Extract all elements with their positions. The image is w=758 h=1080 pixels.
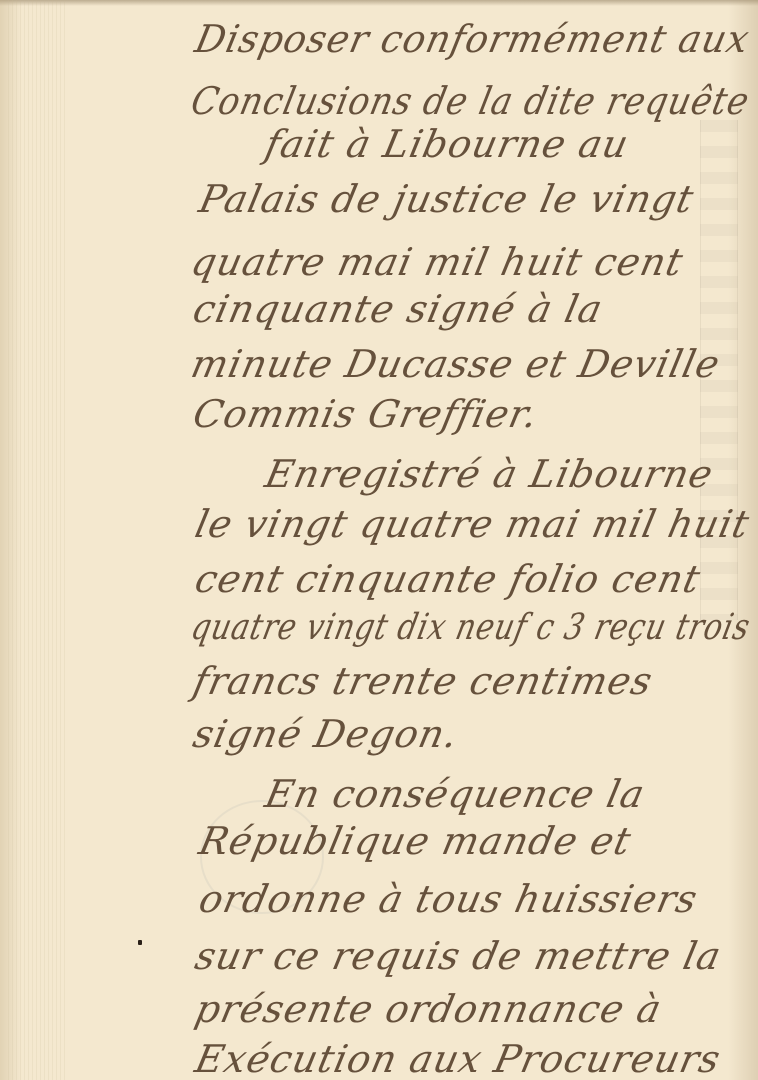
text-line: Enregistré à Libourne [262, 455, 717, 493]
text-line: fait à Libourne au [262, 125, 632, 163]
text-line: minute Ducasse et Deville [188, 345, 724, 383]
ink-blot [138, 940, 142, 945]
text-line: Palais de justice le vingt [196, 180, 697, 218]
text-line: sur ce requis de mettre la [192, 937, 725, 975]
text-line: quatre mai mil huit cent [188, 243, 687, 281]
text-line: Commis Greffier. [190, 395, 542, 433]
text-line: En conséquence la [262, 775, 648, 813]
text-line: Conclusions de la dite requête [188, 82, 753, 120]
text-line: ordonne à tous huissiers [196, 880, 701, 918]
text-line: République mande et [196, 822, 635, 860]
manuscript-page: Disposer conformément aux Conclusions de… [0, 0, 758, 1080]
text-line: quatre vingt dix neuf c 3 reçu trois [188, 610, 753, 646]
text-line: cent cinquante folio cent [192, 560, 704, 598]
text-line: le vingt quatre mai mil huit [192, 505, 753, 543]
text-line: Exécution aux Procureurs [192, 1040, 724, 1078]
text-line: francs trente centimes [190, 662, 656, 700]
text-line: signé Degon. [190, 715, 462, 753]
text-line: Disposer conformément aux [192, 20, 753, 58]
paper-binding-texture [8, 0, 68, 1080]
text-line: cinquante signé à la [190, 290, 606, 328]
text-line: présente ordonnance à [192, 990, 665, 1028]
